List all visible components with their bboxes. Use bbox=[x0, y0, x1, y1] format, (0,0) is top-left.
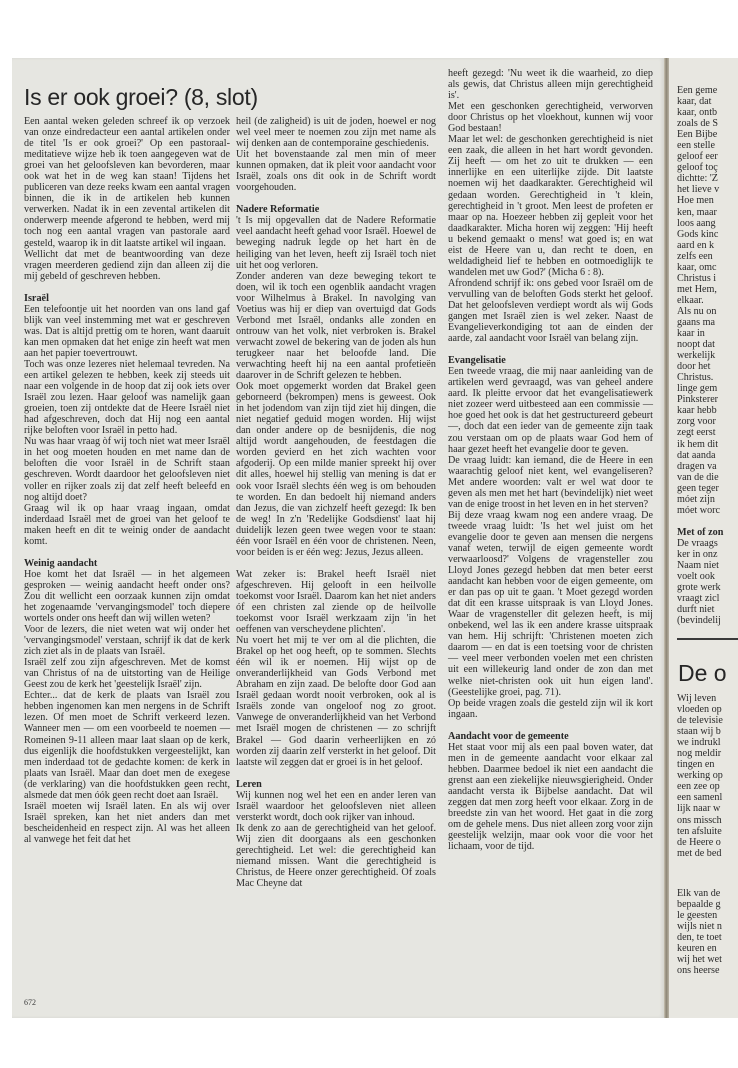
paragraph: Een tweede vraag, die mij naar aanleidin… bbox=[448, 366, 653, 454]
paragraph: Ook moet opgemerkt worden dat Brakel gee… bbox=[236, 381, 436, 558]
paragraph: Wellicht dat met de beantwoording van de… bbox=[24, 249, 230, 282]
text-line: kaar in bbox=[677, 328, 738, 339]
text-line: zorg voor bbox=[677, 416, 738, 427]
next-page-section: Met of zon De vraagsker in onzNaam nietv… bbox=[677, 527, 738, 626]
text-line: werkelijk bbox=[677, 350, 738, 361]
text-line: zoals de S bbox=[677, 118, 738, 129]
text-line: een samenl bbox=[677, 792, 738, 803]
text-line: kaar hebb bbox=[677, 405, 738, 416]
text-line: Als nu on bbox=[677, 306, 738, 317]
scan-background-top bbox=[0, 0, 738, 62]
text-line: van de die bbox=[677, 472, 738, 483]
next-article-title: De o bbox=[678, 660, 738, 687]
page-number: 672 bbox=[24, 998, 36, 1007]
paragraph: Met een geschonken gerechtigheid, verwor… bbox=[448, 101, 653, 134]
next-page-heading: Met of zon bbox=[677, 527, 738, 538]
text-line: durft niet bbox=[677, 604, 738, 615]
text-line: Christus. bbox=[677, 372, 738, 383]
text-line: den, te toet bbox=[677, 932, 738, 943]
paragraph: Toch was onze lezeres niet helemaal tevr… bbox=[24, 359, 230, 436]
section-heading: Leren bbox=[236, 779, 436, 790]
paragraph: Een aantal weken geleden schreef ik op v… bbox=[24, 116, 230, 249]
text-line: tingen en bbox=[677, 759, 738, 770]
paragraph: Wij kunnen nog wel het een en ander lere… bbox=[236, 790, 436, 823]
paragraph: Uit het bovenstaande zal men min of meer… bbox=[236, 149, 436, 193]
paragraph-gap bbox=[236, 558, 436, 569]
text-line: móet worc bbox=[677, 505, 738, 516]
paragraph: Echter... dat de kerk de plaats van Isra… bbox=[24, 690, 230, 800]
text-line: linge gem bbox=[677, 383, 738, 394]
next-article-column: Wij levenvloeden opde televisiestaan wij… bbox=[677, 693, 738, 859]
paragraph: Israël zelf zou zijn afgeschreven. Met d… bbox=[24, 657, 230, 690]
text-line: staan wij b bbox=[677, 726, 738, 737]
text-line: ons missch bbox=[677, 815, 738, 826]
text-line: kaar, dat bbox=[677, 96, 738, 107]
section-heading: Nadere Reformatie bbox=[236, 204, 436, 215]
paragraph: Bij deze vraag kwam nog een andere vraag… bbox=[448, 510, 653, 698]
text-line: gaans ma bbox=[677, 317, 738, 328]
text-line: lijk naar w bbox=[677, 803, 738, 814]
text-line: ken, maar bbox=[677, 207, 738, 218]
next-page-column-bottom: Elk van debepaalde gle geestenwijls niet… bbox=[677, 888, 738, 976]
text-line: de televisie bbox=[677, 715, 738, 726]
paragraph: Het staat voor mij als een paal boven wa… bbox=[448, 742, 653, 852]
section-heading: Israël bbox=[24, 293, 230, 304]
text-line: Een Bijbe bbox=[677, 129, 738, 140]
text-line: dat aanda bbox=[677, 450, 738, 461]
text-line: geloof eer bbox=[677, 151, 738, 162]
text-line: (bevindelij bbox=[677, 615, 738, 626]
text-line: de Heere o bbox=[677, 837, 738, 848]
text-line: ik hem dit bbox=[677, 439, 738, 450]
text-line: met de bed bbox=[677, 848, 738, 859]
text-line: we indrukl bbox=[677, 737, 738, 748]
paragraph: heil (de zaligheid) is uit de joden, hoe… bbox=[236, 116, 436, 149]
text-line: Hoe men bbox=[677, 195, 738, 206]
paragraph: Zonder anderen van deze beweging tekort … bbox=[236, 271, 436, 381]
text-line: le geesten bbox=[677, 910, 738, 921]
text-line: door het bbox=[677, 361, 738, 372]
text-line: dichtte: 'Z bbox=[677, 173, 738, 184]
text-line: geen teger bbox=[677, 483, 738, 494]
text-line: geloof toç bbox=[677, 162, 738, 173]
text-line: een zee op bbox=[677, 781, 738, 792]
section-heading: Evangelisatie bbox=[448, 355, 653, 366]
text-line: vloeden op bbox=[677, 704, 738, 715]
text-line: wij het wet bbox=[677, 954, 738, 965]
text-line: ten afsluite bbox=[677, 826, 738, 837]
text-line: Pinksterer bbox=[677, 394, 738, 405]
article-column-1: Een aantal weken geleden schreef ik op v… bbox=[24, 116, 230, 845]
paragraph: Maar let wel: de geschonken gerechtighei… bbox=[448, 134, 653, 278]
text-line: nog meldir bbox=[677, 748, 738, 759]
article-column-2: heil (de zaligheid) is uit de joden, hoe… bbox=[236, 116, 436, 889]
paragraph: Nu voert het mij te ver om al die plicht… bbox=[236, 635, 436, 768]
text-line: dragen va bbox=[677, 461, 738, 472]
text-line: met Hem, bbox=[677, 284, 738, 295]
paragraph: Hoe komt het dat Israël — in het algemee… bbox=[24, 569, 230, 624]
paragraph: Graag wil ik op haar vraag ingaan, omdat… bbox=[24, 503, 230, 547]
paragraph: Wat zeker is: Brakel heeft Israël niet a… bbox=[236, 569, 436, 635]
text-line: móet zijn bbox=[677, 494, 738, 505]
text-line: het lieve v bbox=[677, 184, 738, 195]
paragraph: Nu was haar vraag òf wij toch niet wat m… bbox=[24, 436, 230, 502]
text-line: Christus i bbox=[677, 273, 738, 284]
text-line: keuren en bbox=[677, 943, 738, 954]
text-line: Naam niet bbox=[677, 560, 738, 571]
paragraph: Ik denk zo aan de gerechtigheid van het … bbox=[236, 823, 436, 889]
article-column-3: heeft gezegd: 'Nu weet ik die waarheid, … bbox=[448, 68, 653, 852]
text-line: elkaar. bbox=[677, 295, 738, 306]
paragraph: De vraag luidt: kan iemand, die de Heere… bbox=[448, 455, 653, 510]
section-heading: Aandacht voor de gemeente bbox=[448, 731, 653, 742]
text-line: zegt eerst bbox=[677, 427, 738, 438]
text-line: ker in onz bbox=[677, 549, 738, 560]
article-divider bbox=[677, 638, 738, 640]
text-line: noopt dat bbox=[677, 339, 738, 350]
article-title: Is er ook groei? (8, slot) bbox=[24, 84, 258, 111]
text-line: Een geme bbox=[677, 85, 738, 96]
text-line: De vraags bbox=[677, 538, 738, 549]
next-page-section-lines: De vraagsker in onzNaam nietvoelt ookgro… bbox=[677, 538, 738, 626]
section-heading: Weinig aandacht bbox=[24, 558, 230, 569]
text-line: wijls niet n bbox=[677, 921, 738, 932]
text-line: voelt ook bbox=[677, 571, 738, 582]
text-line: loos aang bbox=[677, 218, 738, 229]
next-page-column-top: Een gemekaar, datkaar, ontbzoals de SEen… bbox=[677, 85, 738, 516]
paragraph: Een telefoontje uit het noorden van ons … bbox=[24, 304, 230, 359]
text-line: Wij leven bbox=[677, 693, 738, 704]
text-line: bepaalde g bbox=[677, 899, 738, 910]
paragraph: 't Is mij opgevallen dat de Nadere Refor… bbox=[236, 215, 436, 270]
text-line: een stelle bbox=[677, 140, 738, 151]
text-line: kaar, omc bbox=[677, 262, 738, 273]
text-line: grote werk bbox=[677, 582, 738, 593]
text-line: zelfs een bbox=[677, 251, 738, 262]
text-line: aard en k bbox=[677, 240, 738, 251]
paragraph: heeft gezegd: 'Nu weet ik die waarheid, … bbox=[448, 68, 653, 101]
text-line: ons heerse bbox=[677, 965, 738, 976]
text-line: kaar, ontb bbox=[677, 107, 738, 118]
paragraph: Afrondend schrijf ik: ons gebed voor Isr… bbox=[448, 278, 653, 344]
text-line: vraagt zicl bbox=[677, 593, 738, 604]
scan-background-bottom bbox=[0, 1018, 738, 1068]
text-line: Elk van de bbox=[677, 888, 738, 899]
paragraph: Voor de lezers, die niet weten wat wij o… bbox=[24, 624, 230, 657]
text-line: Gods kinc bbox=[677, 229, 738, 240]
paragraph: Israël moeten wij Israël laten. En als w… bbox=[24, 801, 230, 845]
text-line: werking op bbox=[677, 770, 738, 781]
paragraph: Op beide vragen zoals die gesteld zijn w… bbox=[448, 698, 653, 720]
